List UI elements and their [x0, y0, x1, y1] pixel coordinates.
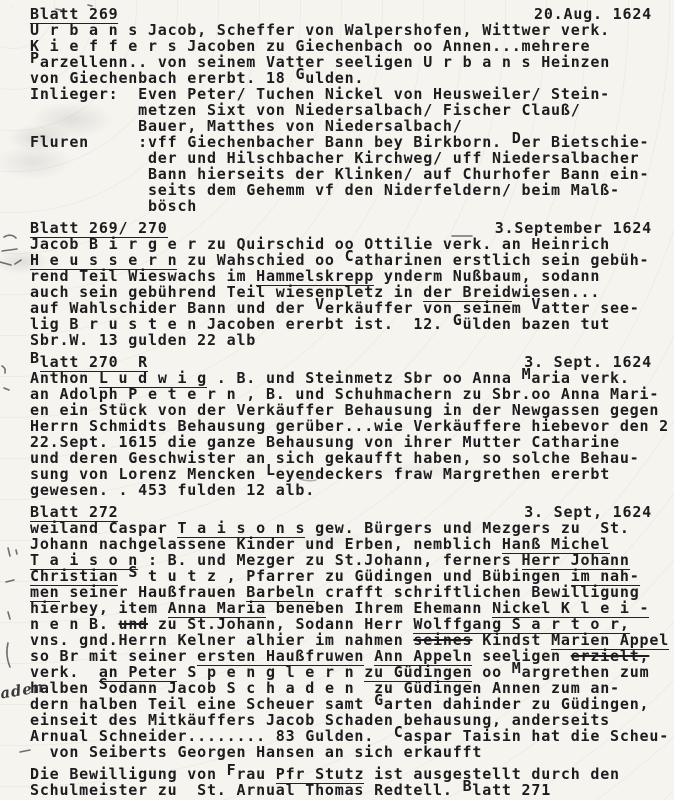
entry-date: 3.September 1624 [495, 220, 652, 236]
text-line: Inlieger: Even Peter/ Tuchen Nickel von … [30, 86, 652, 102]
register-entry: Die Bewilligung von Frau Pfr Stutz ist a… [30, 766, 652, 798]
text-line: seits dem Gehemm vf den Niderfeldern/ be… [30, 182, 652, 198]
text-run: eyendeckers fraw Margrethen ererbt [276, 465, 610, 483]
text-line: men seiner Haußfrauen Barbeln crafft sch… [30, 584, 652, 600]
text-line: Bauer, Matthes von Niedersalbach/ [30, 118, 652, 134]
raised-letter: F [227, 762, 237, 778]
register-entry: Blatt 269/ 2703.September 1624Jacob B i … [30, 220, 652, 348]
text-line: Arnual Schneider........ 83 Gulden. Casp… [30, 728, 652, 744]
text-line: Parzellenn.. von seinem Vatter seeligen … [30, 54, 652, 70]
raised-letter: B [463, 778, 473, 794]
text-line: auf Wahlschider Bann und der Verkäuffer … [30, 300, 652, 316]
raised-letter: S [99, 676, 109, 692]
raised-letter: C [345, 248, 355, 264]
text-run: gewesen. . 453 fulden 12 alb. [30, 481, 315, 499]
text-line: Sbr.W. 13 gulden 22 alb [30, 332, 652, 348]
text-line: an Adolph P e t e r n , B. und Schuhmach… [30, 386, 652, 402]
raised-letter: D [512, 130, 522, 146]
raised-letter: G [295, 66, 305, 82]
raised-letter: G [453, 312, 463, 328]
text-run: Schulmeister zu St. Arnual Thomas Redtel… [30, 781, 463, 799]
text-line: von Giechenbach ererbt. 18 Gulden. [30, 70, 652, 86]
entry-heading: Blatt 2723. Sept, 1624 [30, 504, 652, 520]
text-line: halben Sodann Jacob S c h a d e n zu Güd… [30, 680, 652, 696]
typewritten-register-text: Blatt 26920.Aug. 1624U r b a n s Jacob, … [30, 6, 652, 798]
text-line: der und Hilschbacher Kirchweg/ uff Niede… [30, 150, 652, 166]
entry-heading: Blatt 269/ 2703.September 1624 [30, 220, 652, 236]
blatt-number: Blatt 270 R [30, 354, 148, 370]
text-line: auch sein gebührend Teil wiesenpletz in … [30, 284, 652, 300]
register-entry: Blatt 26920.Aug. 1624U r b a n s Jacob, … [30, 6, 652, 214]
text-line: und deren Geschwister an sich gekaufft h… [30, 450, 652, 466]
text-line: von Seiberts Georgen Hansen an sich erka… [30, 744, 652, 760]
register-entry: Blatt 2723. Sept, 1624weiland Caspar T a… [30, 504, 652, 760]
text-line: verk. an Peter S p e n g l e r n zu Güdi… [30, 664, 652, 680]
raised-letter: C [394, 724, 404, 740]
raised-letter: L [266, 462, 276, 478]
text-line: K i e f f e r s Jacoben zu Giechenbach o… [30, 38, 652, 54]
raised-letter: S [128, 564, 138, 580]
text-line: Jacob B i r g e r zu Quirschid oo Ottili… [30, 236, 652, 252]
text-line: rend Teil Wieswachs im Hammelskrepp ynde… [30, 268, 652, 284]
entry-date: 3. Sept. 1624 [524, 354, 652, 370]
pencil-squiggle [4, 235, 16, 238]
raised-letter: V [531, 296, 541, 312]
pencil-dash [2, 249, 17, 251]
text-line: U r b a n s Jacob, Scheffer von Walpersh… [30, 22, 652, 38]
text-run: bösch [30, 197, 197, 215]
text-line: metzen Sixt von Niedersalbach/ Fischer C… [30, 102, 652, 118]
pencil-mark [8, 612, 10, 619]
entry-date: 3. Sept, 1624 [524, 504, 652, 520]
text-line: hierbey, item Anna Maria beneben Ihrem E… [30, 600, 652, 616]
blatt-number: Blatt 272 [30, 504, 118, 520]
entry-heading: Blatt 26920.Aug. 1624 [30, 6, 652, 22]
text-line: Anthon L u d w i g . B. und Steinmetz Sb… [30, 370, 652, 386]
raised-letter: V [315, 296, 325, 312]
text-run: latt 271 [472, 781, 551, 799]
text-line: so Br mit seiner ersten Haußfruwen Ann A… [30, 648, 652, 664]
text-line: dern halben Teil eine Scheuer samt Garte… [30, 696, 652, 712]
pencil-dash [0, 260, 21, 265]
text-run: ülden bazen tut [463, 315, 610, 333]
text-line: lig B r u s t e n Jacoben ererbt ist. 12… [30, 316, 652, 332]
scanned-document-page: { "colors": { "paper": "#f5f4ef", "ink":… [0, 0, 674, 800]
text-line: sung von Lorenz Mencken Leyendeckers fra… [30, 466, 652, 482]
text-line: n e n B. und zu St.Johann, Sodann Herr W… [30, 616, 652, 632]
text-line: H e u s s e r n zu Wahschied oo Catharin… [30, 252, 652, 268]
text-line: 22.Sept. 1615 die ganze Behausung von ih… [30, 434, 652, 450]
raised-letter: B [30, 350, 40, 366]
handwritten-stroke [7, 643, 10, 667]
raised-letter: M [512, 660, 522, 676]
text-run: Sbr.W. 13 gulden 22 alb [30, 331, 256, 349]
text-line: T a i s o n : B. und Mezger zu St.Johann… [30, 552, 652, 568]
raised-letter: M [522, 366, 532, 382]
entry-date: 20.Aug. 1624 [534, 6, 652, 22]
blatt-number: Blatt 269 [30, 6, 118, 22]
text-line: Herrn Schmidts Behausung gerüber...wie V… [30, 418, 652, 434]
raised-letter: P [30, 50, 40, 66]
text-line: Bann hierseits der Klinken/ auf Churhofe… [30, 166, 652, 182]
text-line: weiland Caspar T a i s o n s gew. Bürger… [30, 520, 652, 536]
pencil-mark [8, 548, 17, 556]
pencil-dash [20, 750, 30, 752]
text-line: Schulmeister zu St. Arnual Thomas Redtel… [30, 782, 652, 798]
speck-mark [4, 388, 9, 390]
text-line: en ein Stück von der Verkäuffer Behausun… [30, 402, 652, 418]
text-line: Die Bewilligung von Frau Pfr Stutz ist a… [30, 766, 652, 782]
blatt-number: Blatt 269/ 270 [30, 220, 168, 236]
text-run: von Seiberts Georgen Hansen an sich erka… [30, 743, 482, 761]
text-line: Johann nachgelassene Kinder und Erben, n… [30, 536, 652, 552]
text-line: einseit des Mitkäuffers Jacob Schaden be… [30, 712, 652, 728]
register-entry: Blatt 270 R3. Sept. 1624Anthon L u d w i… [30, 354, 652, 498]
text-line: Christian S t u t z , Pfarrer zu Güdinge… [30, 568, 652, 584]
text-line: bösch [30, 198, 652, 214]
pencil-mark [2, 366, 5, 373]
pencil-dash [6, 580, 14, 582]
raised-letter: G [374, 692, 384, 708]
text-line: Fluren :vff Giechenbacher Bann bey Birkb… [30, 134, 652, 150]
entry-heading: Blatt 270 R3. Sept. 1624 [30, 354, 652, 370]
text-line: vns. gnd.Herrn Kelner alhier im nahmen s… [30, 632, 652, 648]
text-line: gewesen. . 453 fulden 12 alb. [30, 482, 652, 498]
